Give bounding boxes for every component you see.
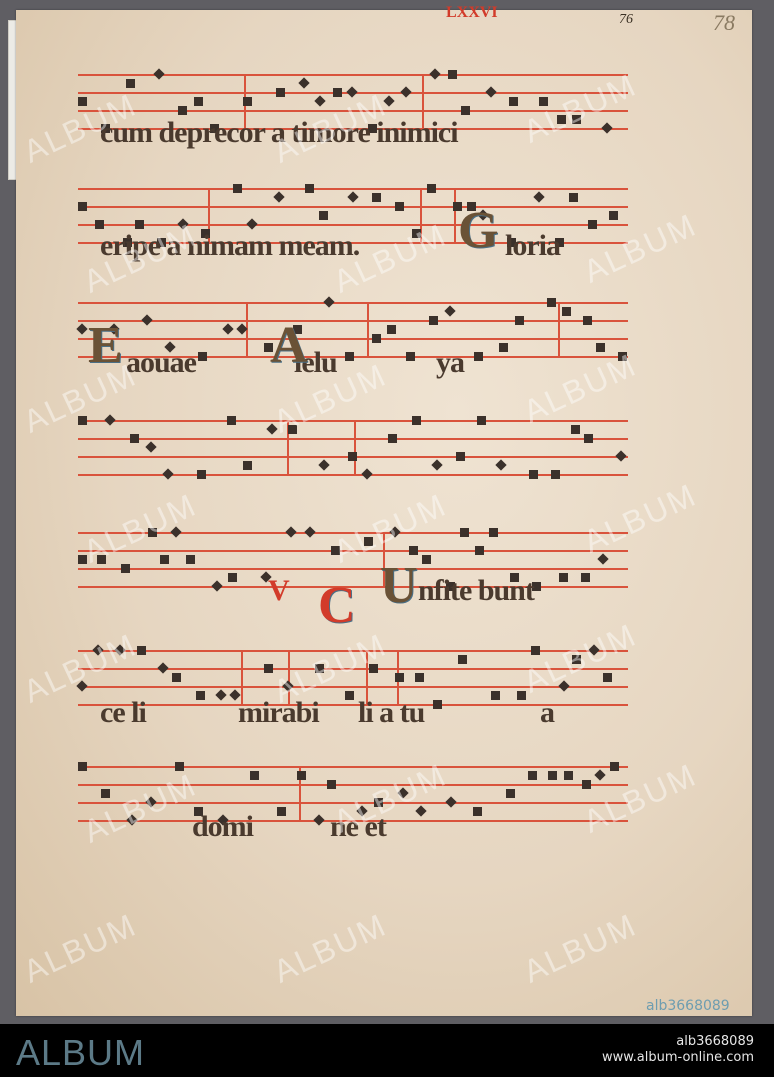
music-staff xyxy=(78,420,628,476)
staff-line xyxy=(78,474,628,476)
neume-note xyxy=(415,673,424,682)
lyric-text: ce li xyxy=(100,696,146,730)
neume-note xyxy=(372,334,381,343)
neume-note xyxy=(582,780,591,789)
neume-note xyxy=(154,68,165,79)
website-link[interactable]: www.album-online.com xyxy=(602,1050,754,1066)
neume-note xyxy=(473,807,482,816)
neume-note xyxy=(429,316,438,325)
neume-note xyxy=(596,343,605,352)
neume-note xyxy=(361,468,372,479)
neume-note xyxy=(285,526,296,537)
neume-note xyxy=(562,307,571,316)
neume-note xyxy=(603,673,612,682)
neume-note xyxy=(264,664,273,673)
neume-note xyxy=(489,528,498,537)
neume-note xyxy=(412,416,421,425)
neume-note xyxy=(415,805,426,816)
neume-note xyxy=(395,673,404,682)
staff-line xyxy=(78,320,628,322)
neume-note xyxy=(618,352,627,361)
neume-note xyxy=(233,184,242,193)
neume-note xyxy=(390,526,401,537)
neume-note xyxy=(461,106,470,115)
neume-note xyxy=(243,461,252,470)
neume-note xyxy=(76,680,87,691)
staff-line xyxy=(78,188,628,190)
neume-note xyxy=(534,191,545,202)
neume-note xyxy=(137,646,146,655)
neume-note xyxy=(444,305,455,316)
neume-note xyxy=(597,553,608,564)
neume-note xyxy=(121,564,130,573)
neume-note xyxy=(318,459,329,470)
neume-note xyxy=(162,468,173,479)
neume-note xyxy=(145,441,156,452)
neume-note xyxy=(517,691,526,700)
neume-note xyxy=(495,459,506,470)
neume-note xyxy=(348,452,357,461)
neume-note xyxy=(475,546,484,555)
neume-note xyxy=(369,664,378,673)
neume-note xyxy=(135,220,144,229)
neume-note xyxy=(458,655,467,664)
folio-ink-number: 76 xyxy=(619,12,633,28)
neume-note xyxy=(559,573,568,582)
neume-note xyxy=(433,700,442,709)
illuminated-initial: C xyxy=(318,580,356,632)
neume-note xyxy=(539,97,548,106)
image-id: alb3668089 xyxy=(602,1034,754,1050)
neume-note xyxy=(78,97,87,106)
neume-note xyxy=(282,680,293,691)
staff-line xyxy=(78,338,628,340)
neume-note xyxy=(327,780,336,789)
neume-note xyxy=(499,343,508,352)
neume-note xyxy=(583,316,592,325)
bar-line xyxy=(558,302,560,358)
neume-note xyxy=(347,191,358,202)
neume-note xyxy=(588,220,597,229)
staff-line xyxy=(78,532,628,534)
neume-note xyxy=(101,789,110,798)
neume-note xyxy=(333,88,342,97)
neume-note xyxy=(397,787,408,798)
neume-note xyxy=(594,769,605,780)
neume-note xyxy=(243,97,252,106)
lyric-text: loria xyxy=(505,229,560,263)
neume-note xyxy=(374,798,383,807)
staff-line xyxy=(78,110,628,112)
neume-note xyxy=(198,352,207,361)
neume-note xyxy=(298,77,309,88)
neume-note xyxy=(142,314,153,325)
neume-note xyxy=(160,555,169,564)
neume-note xyxy=(145,796,156,807)
neume-note xyxy=(547,298,556,307)
neume-note xyxy=(276,88,285,97)
lyric-text: ya xyxy=(436,346,464,380)
neume-note xyxy=(345,691,354,700)
neume-note xyxy=(387,325,396,334)
neume-note xyxy=(486,86,497,97)
neume-note xyxy=(557,115,566,124)
neume-note xyxy=(186,555,195,564)
neume-note xyxy=(314,95,325,106)
neume-note xyxy=(427,184,436,193)
neume-note xyxy=(323,296,334,307)
bar-line xyxy=(354,420,356,476)
neume-note xyxy=(551,470,560,479)
neume-note xyxy=(78,416,87,425)
neume-note xyxy=(331,546,340,555)
staff-line xyxy=(78,766,628,768)
neume-note xyxy=(460,528,469,537)
neume-note xyxy=(456,452,465,461)
neume-note xyxy=(172,673,181,682)
neume-note xyxy=(104,414,115,425)
neume-note xyxy=(572,115,581,124)
staff-line xyxy=(78,784,628,786)
neume-note xyxy=(609,211,618,220)
neume-note xyxy=(558,680,569,691)
neume-note xyxy=(422,555,431,564)
neume-note xyxy=(76,323,87,334)
neume-note xyxy=(364,537,373,546)
lyric-text: mirabi xyxy=(238,696,319,730)
neume-note xyxy=(304,526,315,537)
neume-note xyxy=(126,79,135,88)
neume-note xyxy=(319,211,328,220)
illuminated-initial: G xyxy=(458,205,498,257)
staff-line xyxy=(78,650,628,652)
neume-note xyxy=(127,814,138,825)
neume-note xyxy=(474,352,483,361)
neume-note xyxy=(314,814,325,825)
neume-note xyxy=(584,434,593,443)
lyric-text: domi xyxy=(192,810,253,844)
lyric-text: eripe a nimam meam. xyxy=(100,229,359,263)
footer-bar: ALBUM alb3668089 www.album-online.com xyxy=(0,1024,774,1077)
neume-note xyxy=(115,644,126,655)
neume-note xyxy=(384,95,395,106)
staff-line xyxy=(78,224,628,226)
neume-note xyxy=(506,789,515,798)
neume-note xyxy=(446,796,457,807)
neume-note xyxy=(406,352,415,361)
neume-note xyxy=(223,323,234,334)
illuminated-initial: U xyxy=(380,560,418,612)
lyric-text: li a tu xyxy=(358,696,424,730)
bar-line xyxy=(367,302,369,358)
neume-note xyxy=(572,655,581,664)
neume-note xyxy=(305,184,314,193)
neume-note xyxy=(401,86,412,97)
neume-note xyxy=(616,450,627,461)
lyric-text: a xyxy=(540,696,554,730)
neume-note xyxy=(491,691,500,700)
neume-note xyxy=(429,68,440,79)
neume-note xyxy=(78,202,87,211)
neume-note xyxy=(197,470,206,479)
lyric-text: V xyxy=(268,574,289,608)
lyric-text: nfite bunt xyxy=(418,574,534,608)
staff-line xyxy=(78,686,628,688)
neume-note xyxy=(216,689,227,700)
neume-note xyxy=(178,106,187,115)
neume-note xyxy=(601,122,612,133)
neume-note xyxy=(515,316,524,325)
neume-note xyxy=(531,646,540,655)
neume-note xyxy=(528,771,537,780)
image-id-overlay: alb3668089 xyxy=(646,998,730,1014)
neume-note xyxy=(130,434,139,443)
neume-note xyxy=(477,416,486,425)
neume-note xyxy=(548,771,557,780)
staff-line xyxy=(78,420,628,422)
neume-note xyxy=(581,573,590,582)
neume-note xyxy=(97,555,106,564)
neume-note xyxy=(78,555,87,564)
staff-line xyxy=(78,206,628,208)
staff-line xyxy=(78,802,628,804)
neume-note xyxy=(571,425,580,434)
neume-note xyxy=(589,644,600,655)
neume-note xyxy=(412,229,421,238)
neume-note xyxy=(529,470,538,479)
staff-line xyxy=(78,568,628,570)
neume-note xyxy=(509,97,518,106)
neume-note xyxy=(170,526,181,537)
neume-note xyxy=(448,70,457,79)
neume-note xyxy=(211,580,222,591)
rubric-folio-number: LXXVI xyxy=(446,4,498,22)
neume-note xyxy=(250,771,259,780)
staff-line xyxy=(78,438,628,440)
neume-note xyxy=(157,662,168,673)
bar-line xyxy=(454,188,456,244)
neume-note xyxy=(247,218,258,229)
staff-line xyxy=(78,550,628,552)
neume-note xyxy=(345,352,354,361)
neume-note xyxy=(95,220,104,229)
neume-note xyxy=(610,762,619,771)
neume-note xyxy=(315,664,324,673)
illuminated-initial: E xyxy=(88,320,123,372)
neume-note xyxy=(227,416,236,425)
illuminated-initial: A xyxy=(270,320,308,372)
album-logo: ALBUM xyxy=(16,1032,145,1074)
neume-note xyxy=(175,762,184,771)
lyric-text: ne et xyxy=(330,810,386,844)
neume-note xyxy=(372,193,381,202)
neume-note xyxy=(297,771,306,780)
folio-pencil-number: 78 xyxy=(713,10,735,36)
neume-note xyxy=(409,546,418,555)
lyric-text: aouae xyxy=(126,346,196,380)
staff-line xyxy=(78,302,628,304)
neume-note xyxy=(277,807,286,816)
neume-note xyxy=(347,86,358,97)
neume-note xyxy=(266,423,277,434)
neume-note xyxy=(288,425,297,434)
neume-note xyxy=(196,691,205,700)
neume-note xyxy=(395,202,404,211)
neume-note xyxy=(93,644,104,655)
neume-note xyxy=(78,762,87,771)
lyric-text: cum deprecor a timore inimici xyxy=(100,116,458,150)
neume-note xyxy=(194,97,203,106)
neume-note xyxy=(273,191,284,202)
neume-note xyxy=(148,528,157,537)
footer-meta: alb3668089 www.album-online.com xyxy=(602,1034,754,1066)
manuscript-page: LXXVI 76 78 cum deprecor a timore inimic… xyxy=(16,10,752,1016)
neume-note xyxy=(569,193,578,202)
neume-note xyxy=(564,771,573,780)
neume-note xyxy=(177,218,188,229)
neume-note xyxy=(228,573,237,582)
neume-note xyxy=(431,459,442,470)
neume-note xyxy=(388,434,397,443)
